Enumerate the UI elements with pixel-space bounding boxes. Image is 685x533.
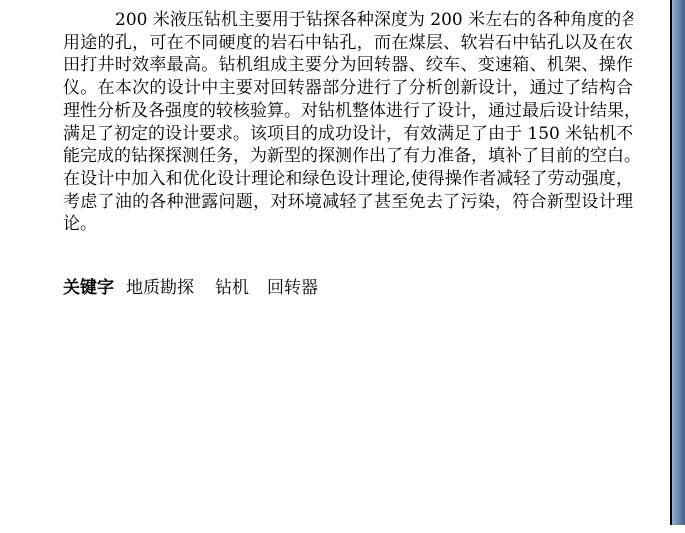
paragraph-line: 200 米液压钻机主要用于钻探各种深度为 200 米左右的各种角度的各类 (63, 9, 633, 32)
paragraph-line: 论。 (63, 213, 633, 236)
paragraph-line: 用途的孔，可在不同硬度的岩石中钻孔，而在煤层、软岩石中钻孔以及在农 (63, 32, 633, 55)
paragraph-line: 理性分析及各强度的较核验算。对钻机整体进行了设计，通过最后设计结果， (63, 100, 633, 123)
abstract-paragraph: 200 米液压钻机主要用于钻探各种深度为 200 米左右的各种角度的各类 用途的… (63, 9, 633, 236)
keywords-line: 关键字地质勘探钻机回转器 (63, 277, 633, 300)
document-page: 200 米液压钻机主要用于钻探各种深度为 200 米左右的各种角度的各类 用途的… (63, 9, 633, 300)
paragraph-line: 满足了初定的设计要求。该项目的成功设计，有效满足了由于 150 米钻机不 (63, 123, 633, 146)
paragraph-line: 仪。在本次的设计中主要对回转器部分进行了分析创新设计，通过了结构合 (63, 77, 633, 100)
window-background-strip (672, 0, 685, 525)
keywords-label: 关键字 (63, 278, 114, 298)
keyword-item: 地质勘探 (126, 278, 194, 298)
paragraph-line: 田打井时效率最高。钻机组成主要分为回转器、绞车、变速箱、机架、操作 (63, 54, 633, 77)
paragraph-line: 在设计中加入和优化设计理论和绿色设计理论,使得操作者减轻了劳动强度， (63, 168, 633, 191)
paragraph-line: 考虑了油的各种泄露问题，对环境减轻了甚至免去了污染，符合新型设计理 (63, 191, 633, 214)
paragraph-line: 能完成的钻探探测任务，为新型的探测作出了有力准备，填补了目前的空白。 (63, 145, 633, 168)
keyword-item: 钻机 (215, 278, 249, 298)
keyword-item: 回转器 (267, 278, 318, 298)
